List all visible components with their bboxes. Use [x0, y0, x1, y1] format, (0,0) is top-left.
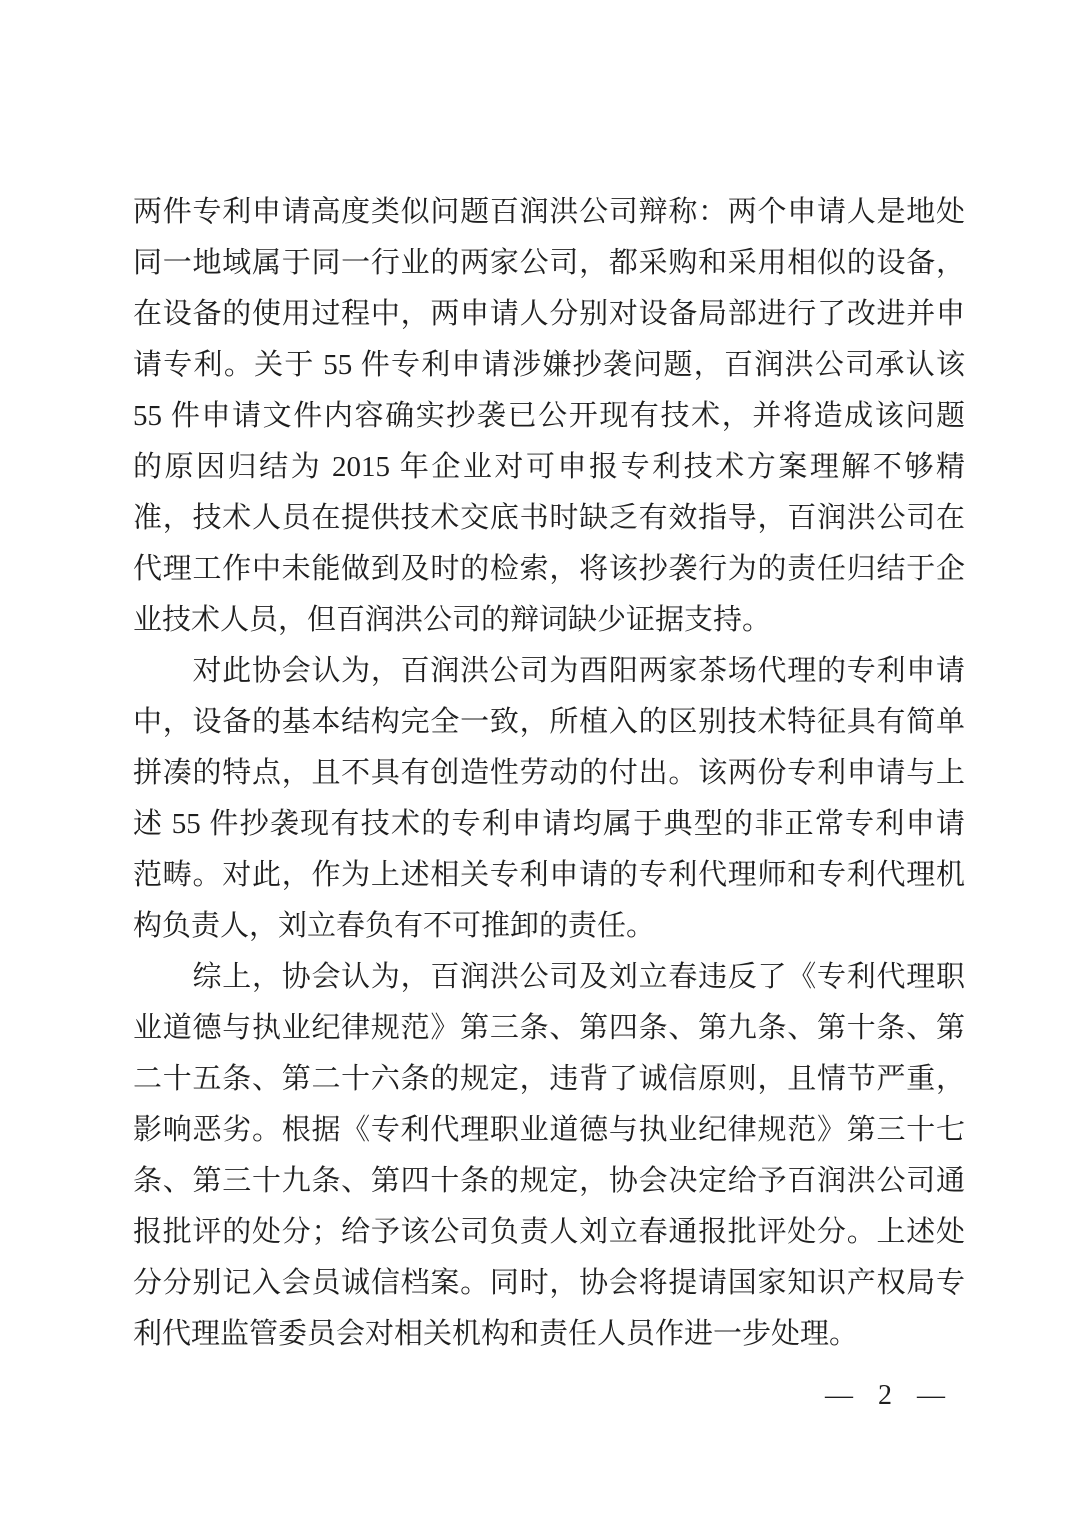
- text-line: 的原因归结为 2015 年企业对可申报专利技术方案理解不够精: [133, 442, 965, 493]
- text-line: 准，技术人员在提供技术交底书时缺乏有效指导，百润洪公司在: [133, 493, 965, 544]
- text-line: 拼凑的特点，且不具有创造性劳动的付出。该两份专利申请与上: [133, 748, 965, 799]
- text-line: 利代理监管委员会对相关机构和责任人员作进一步处理。: [133, 1309, 965, 1360]
- text-line: 业道德与执业纪律规范》第三条、第四条、第九条、第十条、第: [133, 1003, 965, 1054]
- text-line: 在设备的使用过程中，两申请人分别对设备局部进行了改进并申: [133, 289, 965, 340]
- text-line: 业技术人员，但百润洪公司的辩词缺少证据支持。: [133, 595, 965, 646]
- text-line: 对此协会认为，百润洪公司为酉阳两家茶场代理的专利申请: [133, 646, 965, 697]
- text-line: 述 55 件抄袭现有技术的专利申请均属于典型的非正常专利申请: [133, 799, 965, 850]
- text-line: 范畴。对此，作为上述相关专利申请的专利代理师和专利代理机: [133, 850, 965, 901]
- paragraph-3: 综上，协会认为，百润洪公司及刘立春违反了《专利代理职 业道德与执业纪律规范》第三…: [133, 952, 965, 1360]
- text-line: 综上，协会认为，百润洪公司及刘立春违反了《专利代理职: [133, 952, 965, 1003]
- text-line: 构负责人，刘立春负有不可推卸的责任。: [133, 901, 965, 952]
- text-line: 中，设备的基本结构完全一致，所植入的区别技术特征具有简单: [133, 697, 965, 748]
- text-line: 条、第三十九条、第四十条的规定，协会决定给予百润洪公司通: [133, 1156, 965, 1207]
- text-line: 影响恶劣。根据《专利代理职业道德与执业纪律规范》第三十七: [133, 1105, 965, 1156]
- text-line: 代理工作中未能做到及时的检索，将该抄袭行为的责任归结于企: [133, 544, 965, 595]
- text-line: 两件专利申请高度类似问题百润洪公司辩称：两个申请人是地处: [133, 187, 965, 238]
- text-line: 分分别记入会员诚信档案。同时，协会将提请国家知识产权局专: [133, 1258, 965, 1309]
- paragraph-2: 对此协会认为，百润洪公司为酉阳两家茶场代理的专利申请 中，设备的基本结构完全一致…: [133, 646, 965, 952]
- paragraph-1: 两件专利申请高度类似问题百润洪公司辩称：两个申请人是地处 同一地域属于同一行业的…: [133, 187, 965, 646]
- text-line: 同一地域属于同一行业的两家公司，都采购和采用相似的设备，: [133, 238, 965, 289]
- text-line: 请专利。关于 55 件专利申请涉嫌抄袭问题，百润洪公司承认该: [133, 340, 965, 391]
- text-line: 二十五条、第二十六条的规定，违背了诚信原则，且情节严重，: [133, 1054, 965, 1105]
- page-number: — 2 —: [825, 1378, 949, 1414]
- text-column: 两件专利申请高度类似问题百润洪公司辩称：两个申请人是地处 同一地域属于同一行业的…: [133, 187, 965, 1360]
- text-line: 55 件申请文件内容确实抄袭已公开现有技术，并将造成该问题: [133, 391, 965, 442]
- text-line: 报批评的处分；给予该公司负责人刘立春通报批评处分。上述处: [133, 1207, 965, 1258]
- document-page: 两件专利申请高度类似问题百润洪公司辩称：两个申请人是地处 同一地域属于同一行业的…: [0, 0, 1080, 1527]
